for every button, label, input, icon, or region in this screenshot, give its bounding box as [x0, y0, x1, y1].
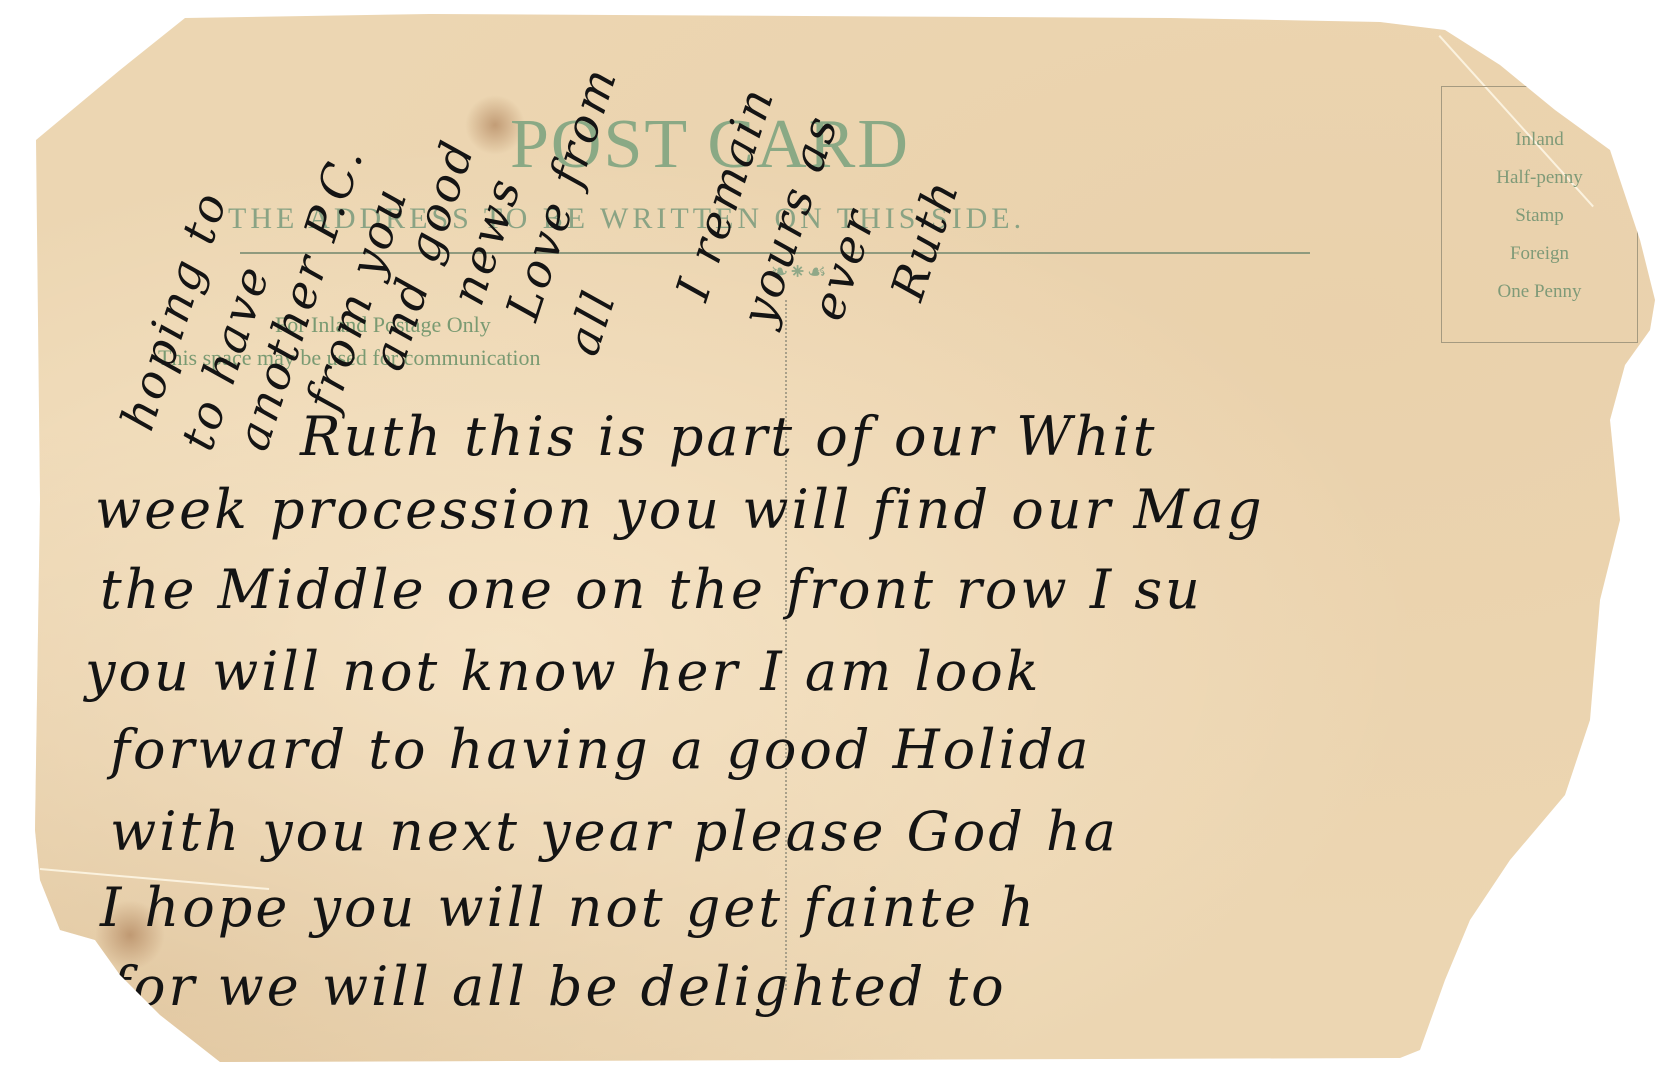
message-line: forward to having a good Holida	[110, 718, 1092, 781]
stamp-line-one-penny: One Penny	[1442, 281, 1637, 303]
side-note-line: all	[555, 282, 627, 361]
message-line: Ruth this is part of our Whit	[300, 405, 1157, 468]
stamp-line-inland: Inland	[1442, 129, 1637, 151]
message-line: for we will all be delighted to	[110, 955, 1007, 1018]
side-note-signature: Ruth	[880, 172, 970, 307]
message-line: I hope you will not get fainte h	[100, 876, 1037, 939]
stamp-line-halfpenny: Half-penny	[1442, 167, 1637, 189]
stamp-line-stamp: Stamp	[1442, 205, 1637, 227]
message-line: week procession you will find our Mag	[95, 478, 1265, 541]
stamp-box: Inland Half-penny Stamp Foreign One Penn…	[1441, 86, 1638, 343]
message-line: you will not know her I am look	[85, 640, 1042, 703]
message-line: the Middle one on the front row I su	[100, 558, 1203, 621]
message-line: with you next year please God ha	[110, 800, 1119, 863]
stamp-line-foreign: Foreign	[1442, 243, 1637, 265]
postcard: POST CARD THE ADDRESS TO BE WRITTEN ON T…	[0, 0, 1680, 1083]
